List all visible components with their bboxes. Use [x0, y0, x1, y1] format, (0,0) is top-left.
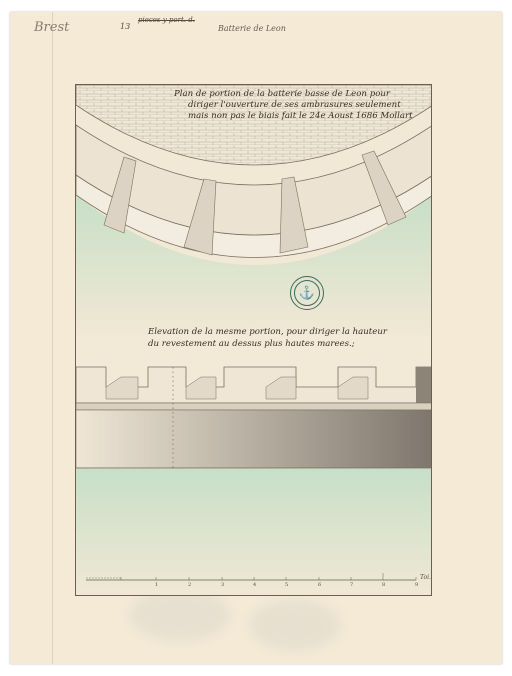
header-note-number: 13 [120, 22, 130, 31]
stain [130, 590, 230, 640]
anchor-icon: ⚓ [294, 280, 320, 306]
scale-tick-label: 5 [285, 582, 288, 588]
scale-tick-label: 3 [221, 582, 224, 588]
header-note-struck: pieces y port. d. [138, 16, 195, 24]
scale-tick-label: 9 [415, 582, 418, 588]
drawing-frame: Plan de portion de la batterie basse de … [75, 84, 432, 596]
plan-caption-line3: mais non pas le biais fait le 24e Aoust … [188, 111, 413, 122]
archive-stamp: ⚓ [290, 276, 324, 310]
elevation-caption-line2: du revestement au dessus plus hautes mar… [148, 339, 355, 350]
scale-tick-label: 4 [253, 582, 256, 588]
scale-tick-label: 7 [350, 582, 353, 588]
plan-caption-line2: diriger l'ouverture de ses ambrasures se… [188, 100, 401, 111]
scale-tick-label: 2 [188, 582, 191, 588]
scale-tick-label: 8 [382, 582, 385, 588]
header-note-title: Batterie de Leon [218, 24, 286, 33]
elevation-caption-line1: Elevation de la mesme portion, pour diri… [148, 327, 387, 338]
fold-line [52, 12, 53, 664]
header-note-city: Brest [34, 20, 69, 35]
stain [250, 600, 340, 650]
scale-tick-label: 1 [155, 582, 158, 588]
scale-unit-label: Toi. [420, 574, 431, 581]
scale-tick-label: 6 [318, 582, 321, 588]
plan-caption-line1: Plan de portion de la batterie basse de … [174, 89, 390, 100]
